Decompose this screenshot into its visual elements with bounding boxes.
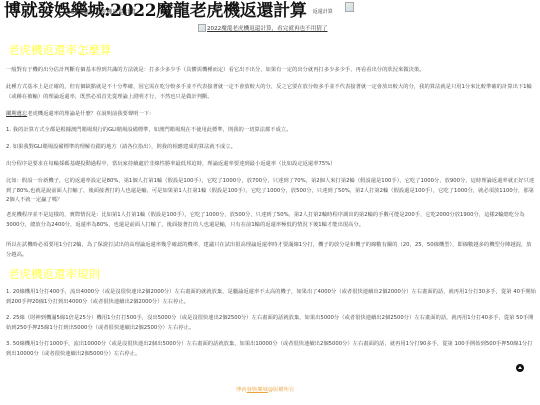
broken-image-icon [198, 24, 206, 32]
footer-suffix: @版權所有 [268, 387, 295, 393]
paragraph-intro-link: 闡期遺忘老虎機返還率的理論是什麼？在說明前我要聲明一下： [6, 110, 536, 120]
title-suffix: 返還計算 [313, 9, 333, 15]
rule-item: 3. 50線機用1分打1000手，流出10000分（或是沒很快連出2個出5000… [6, 340, 536, 359]
paragraph: 1. 我的計算方式全都是根據澳門賭場現行的GLI賭場設備標準，如澳門賭場現在不使… [6, 126, 536, 136]
page-header: 博就發娛樂城:2022魔龍老虎機返還計算 返還計算 2022魔龍老虎機返還計算 [4, 0, 354, 22]
section-heading-how-to-calc: 老虎機返還率怎麼算 [8, 42, 112, 58]
paragraph: 比如：假設一台新機子，它的返還率設定是80%，第1個人打第1輪（假設是100手）… [6, 177, 536, 206]
page-title: 博就發娛樂城:2022魔龍老虎機返還計算 [4, 0, 307, 22]
footer-link[interactable]: 發娛樂城 [247, 387, 268, 393]
footer-copyright: 博就發娛樂城@版權所有 [236, 385, 294, 393]
paragraph-text: 老虎機返還率的理論是什麼？在說明前我要聲明一下： [27, 111, 154, 117]
footer-prefix: 博就 [236, 387, 247, 393]
section-heading-rules: 老虎機返還率規則 [8, 266, 100, 282]
paragraph: 所以在試機時必須要用1分打2輪，為了保證打試出的高理論返還率幾乎確認的機率，建議… [6, 241, 536, 260]
banner-link[interactable]: 2022魔龍老虎機返還計算，看完就再也不用猜了 [198, 24, 328, 32]
title-overlay-text: 2022魔龍老虎機返還計算 [67, 7, 136, 16]
paragraph: 出分程序是要求在每輪採碼基礎投動過程中，當玩家持續處於非線性勝率最低邦迫時，理論… [6, 160, 536, 170]
paragraph: 老虎機程序並不是這樣的，實際情況是：比如第1人打第1輪（假設是100手），它吃了… [6, 211, 536, 230]
back-to-top-icon[interactable] [516, 364, 524, 372]
inline-link[interactable]: 闡期遺忘 [6, 111, 27, 117]
broken-image-icon [345, 2, 354, 12]
banner-link-label: 2022魔龍老虎機返還計算，看完就再也不用猜了 [207, 26, 328, 32]
rule-item: 2. 25線（財神到機滿5線1倍是25分）機用1分打打500手，沒出5000分（… [6, 314, 536, 333]
rule-item: 1. 20線機用1分打400手，流出4000分（或是沒很快連出2個2000分）左… [6, 288, 536, 307]
paragraph: 一般對有于機的出分估計判斷有個基本得到共識的方法就是：打多少多少手（具體需機種而… [6, 66, 536, 76]
paragraph: 此種方式基本上是正確的，但有個缺點就是不十分準確，因它需在吃分較多手並不代表接著… [6, 83, 536, 102]
paragraph: 2. 如果我對GLI賭場設備標準的理解有錯的地方（請各位指出），則我的相應建成的… [6, 143, 536, 153]
